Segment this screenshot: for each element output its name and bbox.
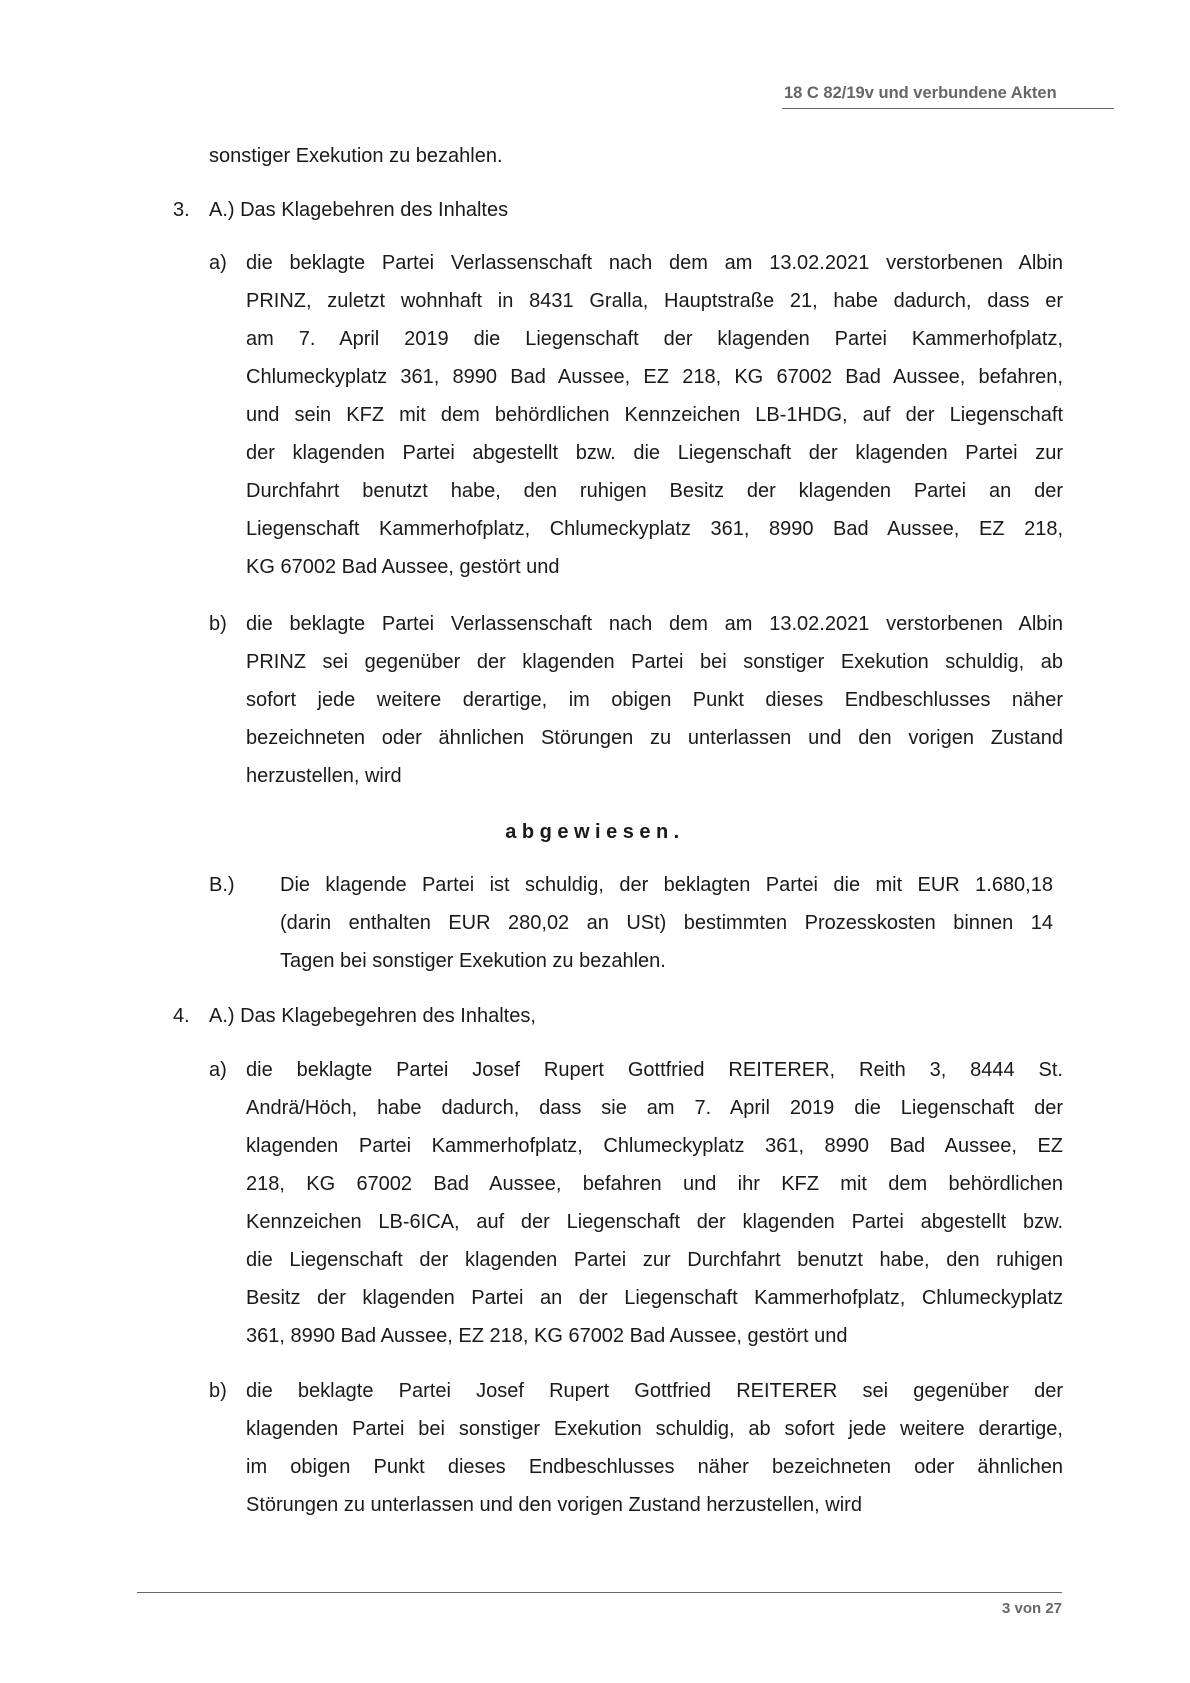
paragraph-line: PRINZ sei gegenüber der klagenden Partei… xyxy=(246,643,1063,681)
paragraph-line: herzustellen, wird xyxy=(246,757,1063,795)
paragraph-line: Chlumeckyplatz 361, 8990 Bad Aussee, EZ … xyxy=(246,358,1063,396)
paragraph-line: klagenden Partei bei sonstiger Exekution… xyxy=(246,1410,1063,1448)
paragraph-line: Durchfahrt benutzt habe, den ruhigen Bes… xyxy=(246,472,1063,510)
section-4a-label: a) xyxy=(209,1051,227,1089)
section-3a-paragraph: die beklagte Partei Verlassenschaft nach… xyxy=(246,244,1063,586)
footer-rule xyxy=(137,1592,1062,1593)
paragraph-line: im obigen Punkt dieses Endbeschlusses nä… xyxy=(246,1448,1063,1486)
section-4b-label: b) xyxy=(209,1372,227,1410)
section-4b-paragraph: die beklagte Partei Josef Rupert Gottfri… xyxy=(246,1372,1063,1524)
paragraph-line: (darin enthalten EUR 280,02 an USt) best… xyxy=(280,904,1053,942)
verdict-dismissed: abgewiesen. xyxy=(0,813,1190,851)
section-4-heading: A.) Das Klagebegehren des Inhaltes, xyxy=(209,997,536,1035)
paragraph-line: KG 67002 Bad Aussee, gestört und xyxy=(246,548,1063,586)
paragraph-line: am 7. April 2019 die Liegenschaft der kl… xyxy=(246,320,1063,358)
paragraph-line: bezeichneten oder ähnlichen Störungen zu… xyxy=(246,719,1063,757)
paragraph-line: die beklagte Partei Verlassenschaft nach… xyxy=(246,605,1063,643)
page-indicator: 3 von 27 xyxy=(1002,1600,1062,1617)
section-3B-paragraph: Die klagende Partei ist schuldig, der be… xyxy=(280,866,1053,980)
paragraph-line: Kennzeichen LB-6ICA, auf der Liegenschaf… xyxy=(246,1203,1063,1241)
paragraph-line: Liegenschaft Kammerhofplatz, Chlumeckypl… xyxy=(246,510,1063,548)
paragraph-line: sofort jede weitere derartige, im obigen… xyxy=(246,681,1063,719)
paragraph-line: und sein KFZ mit dem behördlichen Kennze… xyxy=(246,396,1063,434)
paragraph-line: Besitz der klagenden Partei an der Liege… xyxy=(246,1279,1063,1317)
section-3-number: 3. xyxy=(173,191,190,229)
paragraph-line: 218, KG 67002 Bad Aussee, befahren und i… xyxy=(246,1165,1063,1203)
paragraph-line: Die klagende Partei ist schuldig, der be… xyxy=(280,866,1053,904)
section-4a-paragraph: die beklagte Partei Josef Rupert Gottfri… xyxy=(246,1051,1063,1355)
paragraph-line: klagenden Partei Kammerhofplatz, Chlumec… xyxy=(246,1127,1063,1165)
section-3B-label: B.) xyxy=(209,866,235,904)
paragraph-line: die beklagte Partei Verlassenschaft nach… xyxy=(246,244,1063,282)
continuation-text: sonstiger Exekution zu bezahlen. xyxy=(209,137,503,175)
paragraph-line: Störungen zu unterlassen und den vorigen… xyxy=(246,1486,1063,1524)
section-4-number: 4. xyxy=(173,997,190,1035)
paragraph-line: PRINZ, zuletzt wohnhaft in 8431 Gralla, … xyxy=(246,282,1063,320)
section-3-heading: A.) Das Klagebehren des Inhaltes xyxy=(209,191,508,229)
paragraph-line: die beklagte Partei Josef Rupert Gottfri… xyxy=(246,1051,1063,1089)
case-reference-header: 18 C 82/19v und verbundene Akten xyxy=(784,84,1114,103)
section-3b-paragraph: die beklagte Partei Verlassenschaft nach… xyxy=(246,605,1063,795)
section-3a-label: a) xyxy=(209,244,227,282)
header-rule xyxy=(782,108,1114,109)
paragraph-line: Tagen bei sonstiger Exekution zu bezahle… xyxy=(280,942,1053,980)
paragraph-line: die beklagte Partei Josef Rupert Gottfri… xyxy=(246,1372,1063,1410)
section-3b-label: b) xyxy=(209,605,227,643)
paragraph-line: Andrä/Höch, habe dadurch, dass sie am 7.… xyxy=(246,1089,1063,1127)
paragraph-line: 361, 8990 Bad Aussee, EZ 218, KG 67002 B… xyxy=(246,1317,1063,1355)
paragraph-line: der klagenden Partei abgestellt bzw. die… xyxy=(246,434,1063,472)
paragraph-line: die Liegenschaft der klagenden Partei zu… xyxy=(246,1241,1063,1279)
